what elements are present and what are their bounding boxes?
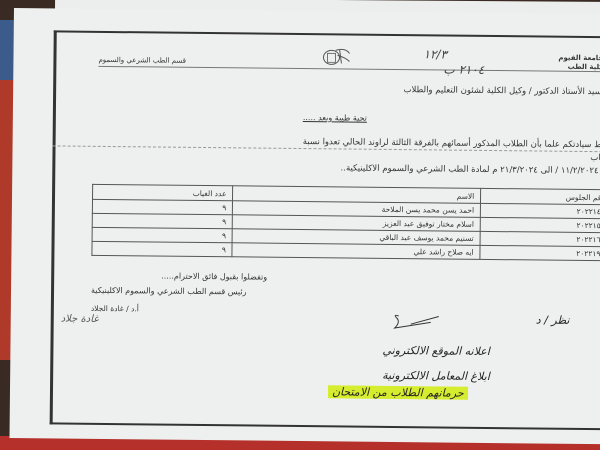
absence-count: ٩ [92, 199, 233, 214]
seat-number: ٢٠٢٢١٤٢ [481, 203, 600, 218]
seat-number: ٢٠٢٢١٦٦ [480, 231, 600, 246]
header-seat-number: رقم الجلوس [481, 188, 600, 204]
handwritten-note-3: ابلاغ المعامل الالكترونية [382, 369, 490, 383]
university-name: جامعة الفيوم [558, 54, 600, 63]
university-logo-icon [321, 45, 351, 67]
handwritten-reference-bottom: ٢١٠٤ ب [443, 63, 484, 77]
handwritten-note-1: نظر / د [536, 313, 570, 326]
greeting: تحية طيبة وبعد ..... [303, 113, 367, 123]
handwritten-note-2: اعلانه الموقع الالكتروني [382, 344, 490, 358]
seat-number: ٢٠٢٢١٥٤ [480, 217, 600, 232]
handwritten-initials-icon [391, 312, 461, 333]
signatory-name: أ.د / غادة الجلاد [91, 304, 139, 314]
letterhead-university: جامعة الفيوم كلية الطب [558, 54, 600, 72]
absence-count: ٩ [92, 227, 233, 242]
closing-remark: وتفضلوا بقبول فائق الاحترام..... [161, 272, 267, 282]
department-name: قسم الطب الشرعي والسموم [98, 56, 186, 65]
seat-number: ٢٠٢٢١٩٢ [480, 245, 600, 260]
handwritten-reference-top: ١٢/٣ [423, 47, 447, 61]
highlighted-handwritten-note: حرمانهم الطلاب من الامتحان [328, 385, 468, 399]
absence-count: ٩ [92, 213, 233, 228]
absence-count: ٩ [92, 241, 233, 256]
salutation: السيد الأستاذ الدكتور / وكيل الكلية لشئو… [403, 85, 600, 97]
student-name: ايه صلاح راشد علي [232, 243, 480, 260]
header-absences: عدد الغياب [93, 184, 234, 200]
handwritten-signature: غادة جلاد [61, 314, 99, 325]
document-sheet: جامعة الفيوم كلية الطب قسم الطب الشرعي و… [9, 8, 600, 444]
body-line-2: الغياب [590, 153, 600, 163]
signatory-title: رئيس قسم الطب الشرعي والسموم الاكلينيكية [91, 286, 247, 297]
absence-table: رقم الجلوس الاسم عدد الغياب ٢٠٢٢١٤٢ احمد… [91, 184, 600, 261]
